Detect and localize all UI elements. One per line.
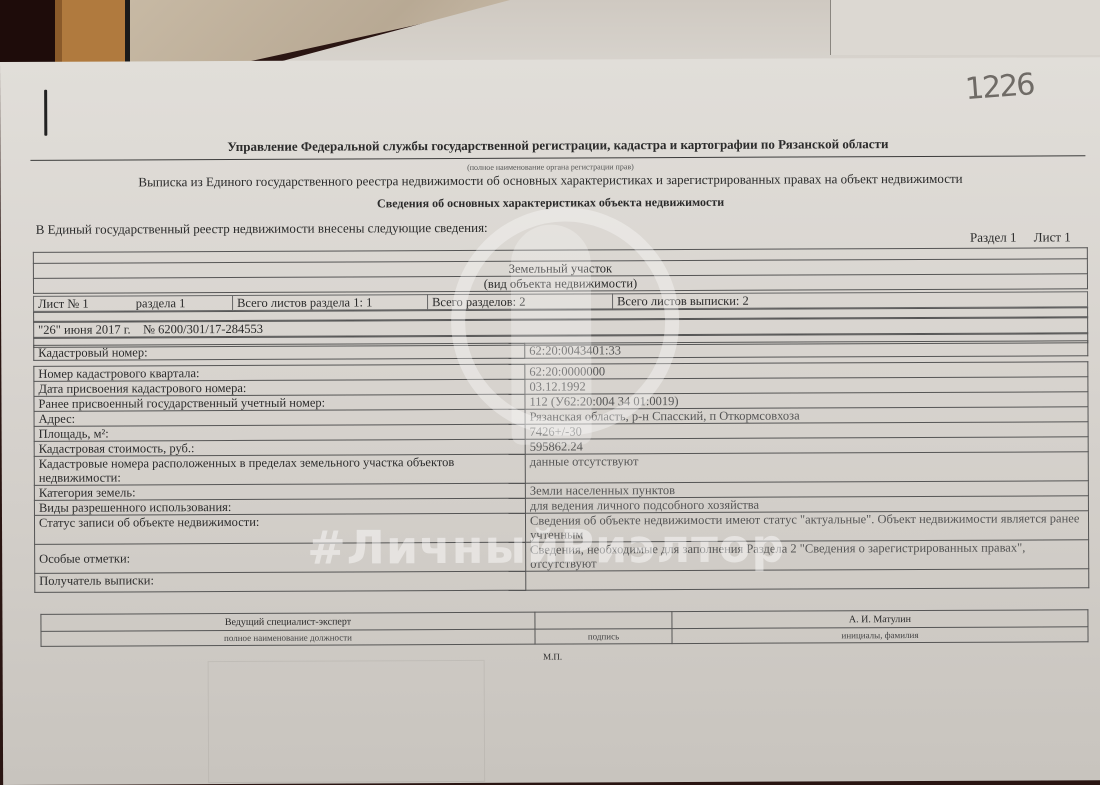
sheet-number: Лист № 1 раздела 1 bbox=[34, 295, 233, 311]
background-paper-corner bbox=[830, 0, 1100, 55]
characteristics-table: Номер кадастрового квартала:62:20:000000… bbox=[33, 361, 1089, 593]
position-caption: полное наименование должности bbox=[41, 629, 535, 646]
table-row: Кадастровые номера расположенных в преде… bbox=[34, 452, 1088, 486]
intro-text: В Единый государственный реестр недвижим… bbox=[36, 220, 488, 238]
section-reference: Раздел 1 Лист 1 bbox=[956, 229, 1071, 246]
signature-table: Ведущий специалист-эксперт А. И. Матулин… bbox=[40, 609, 1088, 647]
table-row: Получатель выписки: bbox=[35, 569, 1089, 593]
official-name: А. И. Матулин bbox=[672, 610, 1088, 629]
signature-field bbox=[535, 612, 672, 630]
sheet-label: Лист 1 bbox=[1034, 229, 1071, 244]
total-extract-sheets: Всего листов выписки: 2 bbox=[613, 292, 1088, 309]
total-sections: Всего разделов: 2 bbox=[428, 294, 613, 310]
stamp-ghost bbox=[208, 660, 486, 783]
table-row: Особые отметки:Сведения, необходимые для… bbox=[35, 540, 1089, 574]
stamp-place-label: М.П. bbox=[3, 649, 1100, 664]
cadastral-number-label: Кадастровый номер: bbox=[34, 343, 525, 360]
total-section-sheets: Всего листов раздела 1: 1 bbox=[233, 295, 428, 311]
cadastral-number-table: Кадастровый номер: 62:20:0043401:33 bbox=[33, 340, 1088, 361]
object-kind-table: Земельный участок (вид объекта недвижимо… bbox=[33, 247, 1088, 294]
official-position: Ведущий специалист-эксперт bbox=[41, 612, 535, 631]
handwritten-note: 1226 bbox=[964, 67, 1035, 107]
organization-name: Управление Федеральной службы государств… bbox=[30, 135, 1085, 161]
section-heading: Сведения об основных характеристиках объ… bbox=[1, 193, 1100, 213]
table-row: Статус записи об объекте недвижимости:Св… bbox=[34, 511, 1088, 545]
document-title: Выписка из Единого государственного реес… bbox=[0, 170, 1100, 191]
section-label: Раздел 1 bbox=[970, 230, 1017, 245]
object-kind-caption: (вид объекта недвижимости) bbox=[33, 274, 1087, 294]
cadastral-number-value: 62:20:0043401:33 bbox=[525, 341, 1088, 358]
signature-caption: подпись bbox=[535, 629, 672, 645]
name-caption: инициалы, фамилия bbox=[672, 627, 1088, 644]
document-sheet: 1226 Управление Федеральной службы госуд… bbox=[0, 57, 1100, 785]
margin-pen-mark bbox=[44, 90, 47, 136]
